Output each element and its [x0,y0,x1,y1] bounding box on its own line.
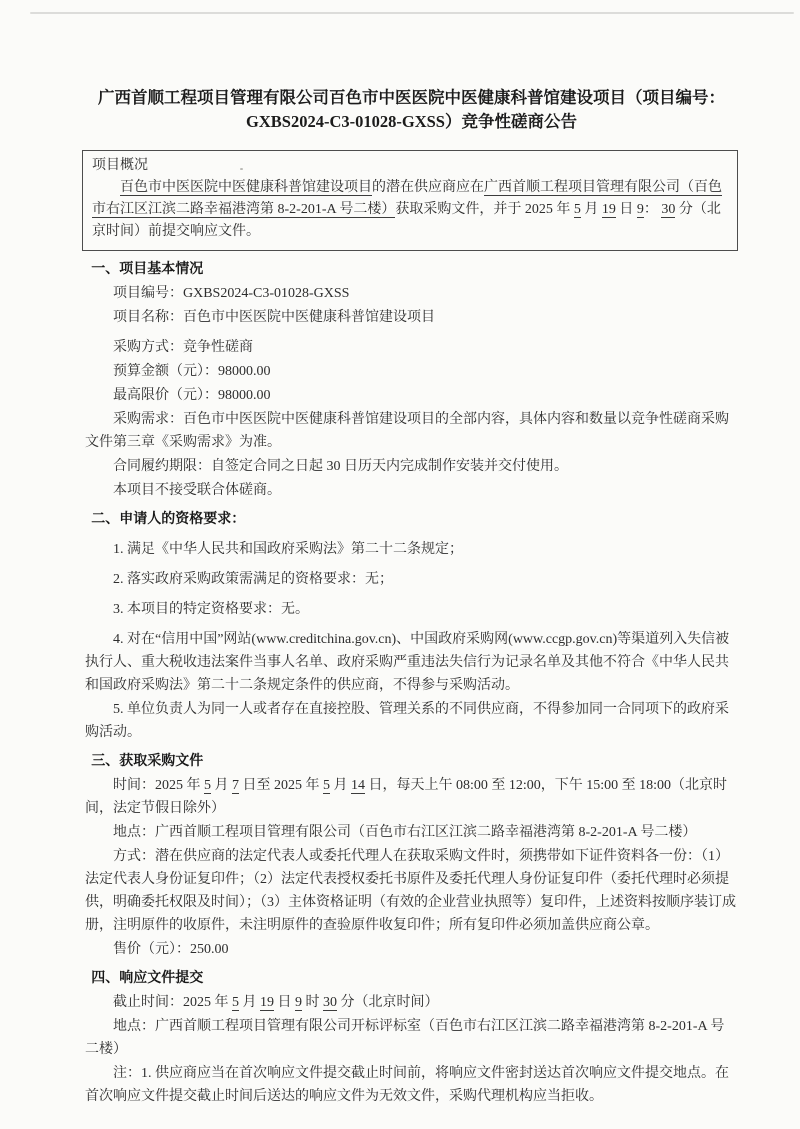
qualification-item-3: 3. 本项目的特定资格要求：无。 [85,598,738,621]
scan-speck [240,168,243,170]
text-segment: 30 [323,995,337,1011]
doc-obtain-time: 时间：2025 年 5 月 7 日至 2025 年 5 月 14 日，每天上午 … [85,774,738,820]
text-segment: 5 [232,995,239,1011]
qualification-item-1: 1. 满足《中华人民共和国政府采购法》第二十二条规定； [85,538,738,561]
text-segment: ： [644,202,662,217]
doc-price: 售价（元）：250.00 [85,938,738,961]
document-page: 广西首顺工程项目管理有限公司百色市中医医院中医健康科普馆建设项目（项目编号：GX… [0,0,800,1129]
section-2-heading: 二、申请人的资格要求： [85,508,738,531]
overview-heading: 项目概况 [92,155,728,177]
section-3-heading: 三、获取采购文件 [85,750,738,773]
text-segment: 日 [274,995,295,1010]
text-segment: 时间：2025 年 [113,778,204,793]
document-title: 广西首顺工程项目管理有限公司百色市中医医院中医健康科普馆建设项目（项目编号：GX… [85,86,738,134]
project-overview-box: 项目概况 百色市中医医院中医健康科普馆建设项目的潜在供应商应在广西首顺工程项目管… [82,150,738,251]
submission-deadline: 截止时间：2025 年 5 月 19 日 9 时 30 分（北京时间） [85,991,738,1014]
overview-paragraph: 百色市中医医院中医健康科普馆建设项目的潜在供应商应在广西首顺工程项目管理有限公司… [92,177,728,243]
text-segment: 30 [661,202,675,218]
submission-location: 地点：广西首顺工程项目管理有限公司开标评标室（百色市右江区江滨二路幸福港湾第 8… [85,1015,738,1061]
text-segment: 获取采购文件，并于 2025 年 [395,202,574,217]
text-segment: 截止时间：2025 年 [113,995,232,1010]
text-segment: 分（北京时间） [337,995,439,1010]
text-segment: 时 [302,995,323,1010]
text-segment: 14 [351,778,365,794]
text-segment: 19 [260,995,274,1011]
title-line-1: 广西首顺工程项目管理有限公司百色市中医医院中医健康科普馆建设项目（项目编号： [98,88,725,107]
text-segment: 9 [637,202,644,218]
text-segment: 5 [204,778,211,794]
procurement-demand: 采购需求：百色市中医医院中医健康科普馆建设项目的全部内容，具体内容和数量以竞争性… [85,408,738,454]
scan-artifact-line [30,12,794,14]
no-consortium-note: 本项目不接受联合体磋商。 [85,479,738,502]
text-segment: 月 [239,995,260,1010]
text-segment: 日至 2025 年 [239,778,323,793]
max-price: 最高限价（元）：98000.00 [85,384,738,407]
contract-period: 合同履约期限：自签定合同之日起 30 日历天内完成制作安装并交付使用。 [85,455,738,478]
project-number: 项目编号：GXBS2024-C3-01028-GXSS [85,282,738,305]
text-segment: 月 [581,202,602,217]
doc-obtain-location: 地点：广西首顺工程项目管理有限公司（百色市右江区江滨二路幸福港湾第 8-2-20… [85,821,738,844]
text-segment: 月 [330,778,351,793]
text-segment: 9 [295,995,302,1011]
text-segment: 5 [574,202,581,218]
text-segment: 日 [616,202,637,217]
budget-amount: 预算金额（元）：98000.00 [85,360,738,383]
qualification-item-5: 5. 单位负责人为同一人或者存在直接控股、管理关系的不同供应商，不得参加同一合同… [85,698,738,744]
title-line-2: GXBS2024-C3-01028-GXSS）竞争性磋商公告 [246,112,577,131]
text-segment: 19 [602,202,616,218]
text-segment: 5 [323,778,330,794]
document-body: 一、项目基本情况 项目编号：GXBS2024-C3-01028-GXSS 项目名… [85,258,738,1108]
section-4-heading: 四、响应文件提交 [85,967,738,990]
procurement-method: 采购方式：竞争性磋商 [85,336,738,359]
text-segment: 7 [232,778,239,794]
text-segment: 月 [211,778,232,793]
scan-speck [114,205,117,207]
qualification-item-4: 4. 对在“信用中国”网站(www.creditchina.gov.cn)、中国… [85,628,738,697]
project-name: 项目名称：百色市中医医院中医健康科普馆建设项目 [85,306,738,329]
qualification-item-2: 2. 落实政府采购政策需满足的资格要求：无； [85,568,738,591]
submission-note: 注：1. 供应商应当在首次响应文件提交截止时间前，将响应文件密封送达首次响应文件… [85,1062,738,1108]
text-segment: 百色市中医医院中医健康科普馆建设项目 [120,180,372,196]
doc-obtain-method: 方式：潜在供应商的法定代表人或委托代理人在获取采购文件时，须携带如下证件资料各一… [85,845,738,937]
text-segment: 的潜在供应商应在 [372,180,484,195]
section-1-heading: 一、项目基本情况 [85,258,738,281]
